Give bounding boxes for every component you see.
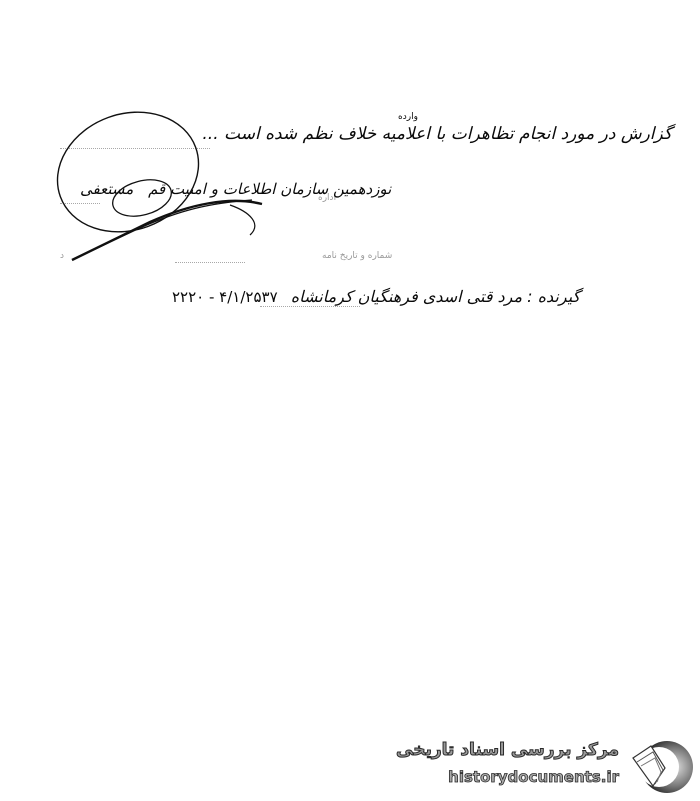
dotted-rule bbox=[60, 148, 210, 149]
circled-annotation: مستعفی bbox=[80, 180, 133, 198]
report-subject-ending: شده است ... bbox=[202, 124, 297, 144]
archive-watermark: مرکز بررسی اسناد تاریخی historydocuments… bbox=[410, 738, 695, 796]
recipient-line: ۲۲۲۰ - ۴/۱/۲۵۳۷ گیرنده : مرد قتی اسدی فر… bbox=[172, 287, 580, 306]
signature-strokes bbox=[0, 0, 700, 801]
archive-title: مرکز بررسی اسناد تاریخی bbox=[396, 740, 619, 760]
correction-note: وارده bbox=[398, 112, 418, 122]
office-line: نوزدهمین سازمان اطلاعات و امنیت قم مستعف… bbox=[80, 180, 391, 198]
document-page: گزارش در مورد انجام تظاهرات با اعلامیه خ… bbox=[0, 0, 700, 801]
recipient-text: گیرنده : مرد قتی اسدی فرهنگیان کرمانشاه bbox=[291, 287, 580, 306]
dotted-rule bbox=[175, 262, 245, 263]
signature-stroke bbox=[72, 200, 252, 260]
archive-site: historydocuments.ir bbox=[448, 768, 619, 786]
report-subject-line: گزارش در مورد انجام تظاهرات با اعلامیه خ… bbox=[202, 124, 672, 144]
circle-mark bbox=[41, 93, 216, 251]
signature-stroke bbox=[72, 201, 262, 260]
dotted-rule bbox=[260, 306, 360, 307]
document-moon-logo-icon bbox=[627, 738, 693, 796]
letter-fragment: د bbox=[60, 251, 64, 261]
office-text: نوزدهمین سازمان اطلاعات و امنیت قم bbox=[148, 180, 391, 198]
letter-number-date-label: شماره و تاریخ نامه bbox=[322, 251, 392, 261]
dotted-rule bbox=[60, 203, 100, 204]
reference-number-date: ۲۲۲۰ - ۴/۱/۲۵۳۷ bbox=[172, 288, 278, 306]
report-subject-text: گزارش در مورد انجام تظاهرات با اعلامیه خ… bbox=[303, 124, 672, 144]
signature-stroke bbox=[230, 205, 255, 235]
